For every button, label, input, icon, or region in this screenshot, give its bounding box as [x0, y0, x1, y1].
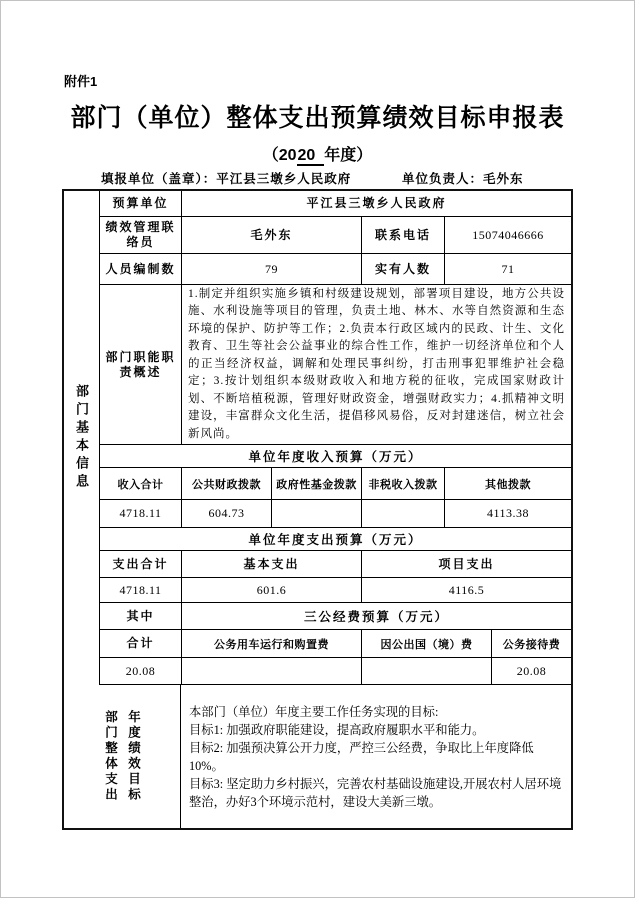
year-prefix: （20 [263, 147, 297, 164]
year-suffix: 年度） [324, 147, 372, 164]
expense-total-header-cell: 支出合计 [100, 551, 182, 577]
three-public-header-row: 其中 三公经费预算（万元） [100, 603, 571, 630]
page-title: 部门（单位）整体支出预算绩效目标申报表 [0, 98, 635, 134]
staff-actual-label-cell: 实有人数 [362, 254, 445, 284]
section-annual-target: 部门整体支出 年度绩效目标 本部门（单位）年度主要工作任务实现的目标: 目标1:… [64, 685, 571, 828]
year-line: （2020年度） [0, 142, 635, 165]
basic-info-side-label: 部门基本信息 [72, 384, 91, 492]
expense-section-header-cell: 单位年度支出预算（万元） [100, 528, 571, 550]
liaison-label-cell: 绩效管理联络员 [100, 217, 182, 253]
basic-expense-value-cell: 601.6 [182, 578, 362, 602]
reception-header-cell: 公务接待费 [492, 630, 571, 657]
phone-value-cell: 15074046666 [445, 217, 571, 253]
income-columns-row: 收入合计 公共财政拨款 政府性基金拨款 非税收入拨款 其他拨款 [100, 468, 571, 500]
gov-fund-value-cell [272, 500, 362, 527]
unit-head-label: 单位负责人：毛外东 [402, 169, 524, 187]
duty-text-cell: 1.制定并组织实施乡镇和村级建设规划，部署项目建设，地方公共设施、水利设施等项目… [182, 285, 571, 444]
main-table: 部门基本信息 预算单位 平江县三墩乡人民政府 绩效管理联络员 毛外东 联系电话 … [62, 189, 573, 830]
annual-target-side-label-left: 部门整体支出 [102, 710, 120, 803]
expense-section-header-row: 单位年度支出预算（万元） [100, 528, 571, 551]
tp-total-header-cell: 合计 [100, 630, 182, 657]
other-grant-header-cell: 其他拨款 [445, 468, 571, 499]
annual-target-body: 本部门（单位）年度主要工作任务实现的目标: 目标1: 加强政府职能建设，提高政府… [181, 685, 571, 828]
staff-quota-value-cell: 79 [182, 254, 362, 284]
duty-row: 部门职能职责概述 1.制定并组织实施乡镇和村级建设规划，部署项目建设，地方公共设… [100, 285, 571, 445]
three-public-values-row: 20.08 20.08 [100, 658, 571, 685]
among-label-cell: 其中 [100, 603, 182, 629]
target-goal-1: 目标1: 加强政府职能建设，提高政府履职水平和能力。 [189, 721, 563, 739]
document-page: 附件1 部门（单位）整体支出预算绩效目标申报表 （2020年度） 填报单位（盖章… [0, 0, 635, 898]
staffing-row: 人员编制数 79 实有人数 71 [100, 254, 571, 285]
liaison-row: 绩效管理联络员 毛外东 联系电话 15074046666 [100, 217, 571, 254]
annual-target-side-cell: 部门整体支出 年度绩效目标 [64, 685, 181, 828]
staff-quota-label-cell: 人员编制数 [100, 254, 182, 284]
expense-total-value-cell: 4718.11 [100, 578, 182, 602]
abroad-value-cell [362, 658, 492, 684]
expense-values-row: 4718.11 601.6 4116.5 [100, 578, 571, 603]
target-goal-2: 目标2: 加强预决算公开力度，严控三公经费，争取比上年度降低10%。 [189, 739, 563, 775]
abroad-header-cell: 因公出国（境）费 [362, 630, 492, 657]
vehicle-value-cell [182, 658, 362, 684]
fill-line: 填报单位（盖章）：平江县三墩乡人民政府 单位负责人：毛外东 [0, 169, 635, 187]
project-expense-header-cell: 项目支出 [362, 551, 571, 577]
expense-columns-row: 支出合计 基本支出 项目支出 [100, 551, 571, 578]
income-values-row: 4718.11 604.73 4113.38 [100, 500, 571, 528]
three-public-header-cell: 三公经费预算（万元） [182, 603, 571, 629]
public-finance-header-cell: 公共财政拨款 [182, 468, 272, 499]
budget-unit-value-cell: 平江县三墩乡人民政府 [182, 191, 571, 216]
basic-info-body: 预算单位 平江县三墩乡人民政府 绩效管理联络员 毛外东 联系电话 1507404… [100, 191, 571, 685]
report-unit-label: 填报单位（盖章）：平江县三墩乡人民政府 [101, 169, 351, 187]
target-goal-3: 目标3: 坚定助力乡村振兴，完善农村基础设施建设,开展农村人居环境整治，办好3个… [189, 775, 563, 811]
liaison-value-cell: 毛外东 [182, 217, 362, 253]
duty-label-cell: 部门职能职责概述 [100, 285, 182, 444]
basic-expense-header-cell: 基本支出 [182, 551, 362, 577]
reception-value-cell: 20.08 [492, 658, 571, 684]
target-intro: 本部门（单位）年度主要工作任务实现的目标: [189, 703, 563, 721]
income-total-header-cell: 收入合计 [100, 468, 182, 499]
tp-total-value-cell: 20.08 [100, 658, 182, 684]
other-grant-value-cell: 4113.38 [445, 500, 571, 527]
three-public-columns-row: 合计 公务用车运行和购置费 因公出国（境）费 公务接待费 [100, 630, 571, 658]
income-total-value-cell: 4718.11 [100, 500, 182, 527]
attachment-label: 附件1 [64, 71, 97, 90]
public-finance-value-cell: 604.73 [182, 500, 272, 527]
phone-label-cell: 联系电话 [362, 217, 445, 253]
section-basic-info: 部门基本信息 预算单位 平江县三墩乡人民政府 绩效管理联络员 毛外东 联系电话 … [64, 191, 571, 685]
basic-info-side-cell: 部门基本信息 [64, 191, 100, 685]
income-section-header-row: 单位年度收入预算（万元） [100, 445, 571, 468]
budget-unit-label-cell: 预算单位 [100, 191, 182, 216]
nontax-value-cell [362, 500, 445, 527]
annual-target-side-label-right: 年度绩效目标 [125, 710, 143, 803]
budget-unit-row: 预算单位 平江县三墩乡人民政府 [100, 191, 571, 217]
project-expense-value-cell: 4116.5 [362, 578, 571, 602]
staff-actual-value-cell: 71 [445, 254, 571, 284]
income-section-header-cell: 单位年度收入预算（万元） [100, 445, 571, 467]
vehicle-header-cell: 公务用车运行和购置费 [182, 630, 362, 657]
nontax-header-cell: 非税收入拨款 [362, 468, 445, 499]
year-filled-value: 20 [297, 147, 325, 166]
gov-fund-header-cell: 政府性基金拨款 [272, 468, 362, 499]
